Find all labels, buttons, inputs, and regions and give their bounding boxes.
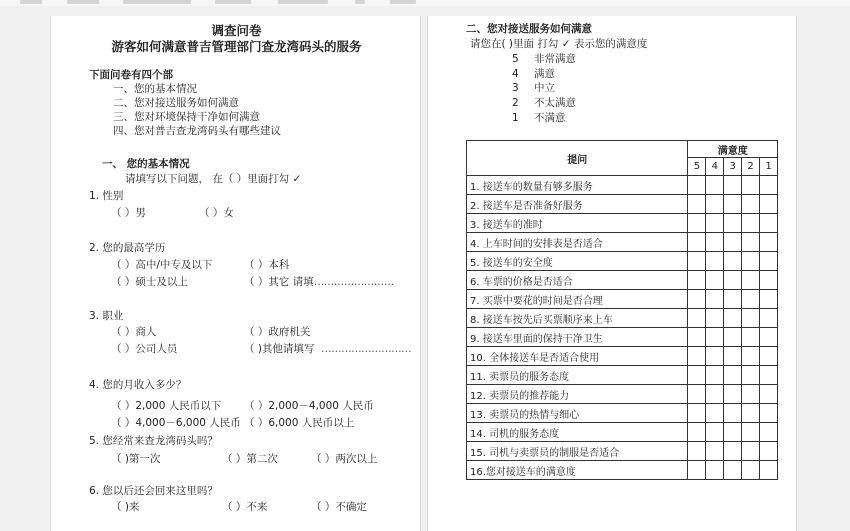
score-cell-4[interactable] — [706, 461, 724, 480]
score-cell-2[interactable] — [742, 252, 760, 271]
option-company-staff[interactable]: （ ）公司人员 — [111, 343, 177, 356]
option-will-not-return[interactable]: （ ）不来 — [222, 501, 267, 514]
score-cell-2[interactable] — [742, 214, 760, 233]
score-cell-3[interactable] — [724, 233, 742, 252]
scale-label: 不太满意 — [534, 97, 576, 110]
score-cell-2[interactable] — [742, 347, 760, 366]
score-cell-4[interactable] — [706, 176, 724, 195]
score-cell-5[interactable] — [688, 233, 706, 252]
question-text: 4. 上车时间的安排表是否适合 — [467, 233, 688, 252]
document-page-left: 调查问卷 游客如何满意普吉管理部门查龙湾码头的服务 下面问卷有四个部 一、您的基… — [50, 16, 421, 531]
table-row: 14. 司机的服务态度 — [467, 423, 778, 442]
table-row: 8. 接送车按先后买票顺序来上车 — [467, 309, 778, 328]
score-cell-1[interactable] — [760, 366, 778, 385]
score-cell-1[interactable] — [760, 347, 778, 366]
score-cell-3[interactable] — [724, 176, 742, 195]
score-cell-3[interactable] — [724, 423, 742, 442]
question-text: 8. 接送车按先后买票顺序来上车 — [467, 309, 688, 328]
score-cell-3[interactable] — [724, 290, 742, 309]
score-cell-4[interactable] — [706, 214, 724, 233]
table-row: 7. 买票中要花的时间是否合理 — [467, 290, 778, 309]
score-cell-1[interactable] — [760, 423, 778, 442]
score-cell-1[interactable] — [760, 328, 778, 347]
option-government[interactable]: （ ）政府机关 — [244, 326, 310, 339]
score-cell-3[interactable] — [724, 347, 742, 366]
toolbar-item[interactable] — [215, 0, 251, 4]
document-page-right: 二、您对接送服务如何满意 请您在( )里面 打勾 ✓ 表示您的满意度 5 非常满… — [427, 16, 797, 531]
score-cell-2[interactable] — [742, 271, 760, 290]
option-merchant[interactable]: （ ）商人 — [111, 326, 156, 339]
score-header: 4 — [706, 158, 724, 176]
score-cell-1[interactable] — [760, 404, 778, 423]
score-cell-2[interactable] — [742, 385, 760, 404]
table-row: 5. 接送车的安全度 — [467, 252, 778, 271]
score-cell-1[interactable] — [760, 214, 778, 233]
option-other-education[interactable]: （ ）其它 请填…………………… — [244, 276, 394, 289]
section1-heading: 一、 您的基本情况 — [102, 158, 190, 171]
score-cell-3[interactable] — [724, 309, 742, 328]
toolbar-item[interactable] — [123, 0, 191, 4]
score-cell-2[interactable] — [742, 423, 760, 442]
score-cell-4[interactable] — [706, 271, 724, 290]
score-header: 5 — [688, 158, 706, 176]
score-cell-2[interactable] — [742, 461, 760, 480]
score-header: 3 — [724, 158, 742, 176]
question-text: 2. 接送车是否准备好服务 — [467, 195, 688, 214]
option-first-time[interactable]: （ )第一次 — [111, 453, 160, 466]
score-header: 1 — [760, 158, 778, 176]
overview-item: 四、您对普吉查龙湾码头有哪些建议 — [113, 125, 281, 138]
satisfaction-table: 提问 满意度 5 4 3 2 1 1. 接送车的数量有够多服务 2. 接送车是否… — [466, 140, 778, 480]
option-master[interactable]: （ ）硕士及以上 — [111, 276, 188, 289]
question-return: 6. 您以后还会回来这里吗？ — [89, 485, 218, 498]
score-cell-1[interactable] — [760, 385, 778, 404]
score-cell-2[interactable] — [742, 309, 760, 328]
question-text: 11. 卖票员的服务态度 — [467, 366, 688, 385]
score-cell-2[interactable] — [742, 442, 760, 461]
table-row: 2. 接送车是否准备好服务 — [467, 195, 778, 214]
question-education: 2. 您的最高学历 — [89, 242, 165, 255]
score-cell-3[interactable] — [724, 366, 742, 385]
score-cell-4[interactable] — [706, 385, 724, 404]
question-gender: 1. 性别 — [89, 190, 123, 203]
score-cell-2[interactable] — [742, 404, 760, 423]
score-cell-3[interactable] — [724, 214, 742, 233]
score-cell-4[interactable] — [706, 195, 724, 214]
score-cell-5[interactable] — [688, 309, 706, 328]
score-cell-4[interactable] — [706, 290, 724, 309]
fill-in-blank[interactable]: …………………… — [314, 276, 394, 288]
score-cell-4[interactable] — [706, 366, 724, 385]
document-title: 调查问卷 — [51, 24, 422, 37]
document-subtitle: 游客如何满意普吉管理部门查龙湾码头的服务 — [51, 40, 422, 53]
option-income-3[interactable]: （ ）4,000－6,000 人民币 — [111, 417, 241, 430]
question-column-header: 提问 — [467, 141, 688, 176]
question-text: 9. 接送车里面的保持干净卫生 — [467, 328, 688, 347]
question-occupation: 3. 职业 — [89, 310, 123, 323]
score-cell-4[interactable] — [706, 309, 724, 328]
option-second-time[interactable]: （ ）第二次 — [222, 453, 278, 466]
table-row: 12. 卖票员的推荐能力 — [467, 385, 778, 404]
score-cell-1[interactable] — [760, 461, 778, 480]
option-income-1[interactable]: （ ）2,000 人民币以下 — [111, 400, 221, 413]
score-cell-4[interactable] — [706, 328, 724, 347]
score-cell-4[interactable] — [706, 252, 724, 271]
question-text: 1. 接送车的数量有够多服务 — [467, 176, 688, 195]
section2-instruction: 请您在( )里面 打勾 ✓ 表示您的满意度 — [470, 38, 647, 51]
scale-label: 不满意 — [534, 112, 566, 125]
overview-heading: 下面问卷有四个部 — [89, 69, 173, 82]
score-cell-5[interactable] — [688, 347, 706, 366]
score-cell-3[interactable] — [724, 252, 742, 271]
score-cell-1[interactable] — [760, 271, 778, 290]
overview-item: 一、您的基本情况 — [113, 83, 197, 96]
score-cell-5[interactable] — [688, 252, 706, 271]
option-label: （ )其他请填写 — [244, 343, 314, 355]
score-cell-3[interactable] — [724, 404, 742, 423]
question-text: 13. 卖票员的热情与细心 — [467, 404, 688, 423]
option-other-occupation[interactable]: （ )其他请填写 ……………………… — [244, 343, 411, 356]
table-row: 6. 车票的价格是否适合 — [467, 271, 778, 290]
option-female[interactable]: （ ）女 — [199, 207, 234, 220]
score-cell-4[interactable] — [706, 347, 724, 366]
scale-value: 4 — [512, 68, 519, 81]
truncated-toolbar-strip — [0, 0, 850, 6]
question-text: 3. 接送车的准时 — [467, 214, 688, 233]
score-cell-3[interactable] — [724, 385, 742, 404]
table-row: 10. 全体接送车是否适合使用 — [467, 347, 778, 366]
question-income: 4. 您的月收入多少？ — [89, 379, 186, 392]
table-row: 1. 接送车的数量有够多服务 — [467, 176, 778, 195]
option-income-2[interactable]: （ ）2,000－4,000 人民币 — [244, 400, 374, 413]
toolbar-item[interactable] — [278, 0, 328, 4]
option-highschool[interactable]: （ ）高中/中专及以下 — [111, 259, 212, 272]
toolbar-item[interactable] — [20, 0, 42, 4]
score-cell-3[interactable] — [724, 328, 742, 347]
score-cell-5[interactable] — [688, 328, 706, 347]
table-row: 16.您对接送车的满意度 — [467, 461, 778, 480]
score-cell-4[interactable] — [706, 442, 724, 461]
overview-item: 三、您对环境保持干净如何满意 — [113, 111, 260, 124]
option-will-return[interactable]: （ )来 — [111, 501, 139, 514]
score-cell-5[interactable] — [688, 195, 706, 214]
scale-label: 满意 — [534, 68, 555, 81]
score-cell-2[interactable] — [742, 195, 760, 214]
question-text: 7. 买票中要花的时间是否合理 — [467, 290, 688, 309]
score-cell-1[interactable] — [760, 442, 778, 461]
scale-value: 2 — [512, 97, 519, 110]
score-cell-1[interactable] — [760, 195, 778, 214]
scale-value: 3 — [512, 82, 519, 95]
scale-label: 非常满意 — [534, 53, 576, 66]
option-bachelor[interactable]: （ ）本科 — [244, 259, 289, 272]
question-text: 5. 接送车的安全度 — [467, 252, 688, 271]
table-row: 3. 接送车的准时 — [467, 214, 778, 233]
table-row: 9. 接送车里面的保持干净卫生 — [467, 328, 778, 347]
table-row: 11. 卖票员的服务态度 — [467, 366, 778, 385]
score-cell-2[interactable] — [742, 176, 760, 195]
satisfaction-column-header: 满意度 — [688, 141, 778, 158]
score-cell-3[interactable] — [724, 195, 742, 214]
section2-heading: 二、您对接送服务如何满意 — [466, 23, 592, 36]
question-text: 15. 司机与卖票员的制服是否适合 — [467, 442, 688, 461]
score-cell-2[interactable] — [742, 290, 760, 309]
score-cell-5[interactable] — [688, 442, 706, 461]
score-cell-5[interactable] — [688, 176, 706, 195]
overview-item: 二、您对接送服务如何满意 — [113, 97, 239, 110]
question-text: 16.您对接送车的满意度 — [467, 461, 688, 480]
question-text: 10. 全体接送车是否适合使用 — [467, 347, 688, 366]
score-cell-5[interactable] — [688, 404, 706, 423]
score-cell-1[interactable] — [760, 290, 778, 309]
toolbar-item[interactable] — [355, 0, 365, 4]
score-cell-5[interactable] — [688, 423, 706, 442]
score-cell-5[interactable] — [688, 214, 706, 233]
score-header: 2 — [742, 158, 760, 176]
score-cell-1[interactable] — [760, 233, 778, 252]
table-row: 15. 司机与卖票员的制服是否适合 — [467, 442, 778, 461]
score-cell-1[interactable] — [760, 176, 778, 195]
question-text: 6. 车票的价格是否适合 — [467, 271, 688, 290]
score-cell-4[interactable] — [706, 423, 724, 442]
score-cell-1[interactable] — [760, 252, 778, 271]
scale-value: 1 — [512, 112, 519, 125]
table-row: 13. 卖票员的热情与细心 — [467, 404, 778, 423]
toolbar-item[interactable] — [67, 0, 99, 4]
toolbar-item[interactable] — [390, 0, 416, 4]
scale-label: 中立 — [534, 82, 555, 95]
option-more-than-twice[interactable]: （ ）两次以上 — [311, 453, 377, 466]
option-income-4[interactable]: （ ）6,000 人民币以上 — [244, 417, 354, 430]
score-cell-3[interactable] — [724, 461, 742, 480]
score-cell-4[interactable] — [706, 404, 724, 423]
option-male[interactable]: （ ）男 — [111, 207, 146, 220]
score-cell-3[interactable] — [724, 442, 742, 461]
scale-value: 5 — [512, 53, 519, 66]
score-cell-5[interactable] — [688, 366, 706, 385]
score-cell-3[interactable] — [724, 271, 742, 290]
question-text: 14. 司机的服务态度 — [467, 423, 688, 442]
option-label: （ ）其它 请填 — [244, 276, 314, 288]
question-visit-frequency: 5. 您经常来查龙湾码头吗？ — [89, 435, 218, 448]
score-cell-5[interactable] — [688, 385, 706, 404]
score-cell-5[interactable] — [688, 461, 706, 480]
question-text: 12. 卖票员的推荐能力 — [467, 385, 688, 404]
option-uncertain[interactable]: （ ）不确定 — [311, 501, 367, 514]
score-cell-2[interactable] — [742, 233, 760, 252]
score-cell-2[interactable] — [742, 366, 760, 385]
score-cell-5[interactable] — [688, 290, 706, 309]
score-cell-2[interactable] — [742, 328, 760, 347]
table-row: 4. 上车时间的安排表是否适合 — [467, 233, 778, 252]
score-cell-1[interactable] — [760, 309, 778, 328]
score-cell-5[interactable] — [688, 271, 706, 290]
section1-instruction: 请填写以下问题， 在（ ）里面打勾 ✓ — [125, 173, 301, 186]
fill-in-blank[interactable]: ……………………… — [321, 343, 411, 355]
score-cell-4[interactable] — [706, 233, 724, 252]
